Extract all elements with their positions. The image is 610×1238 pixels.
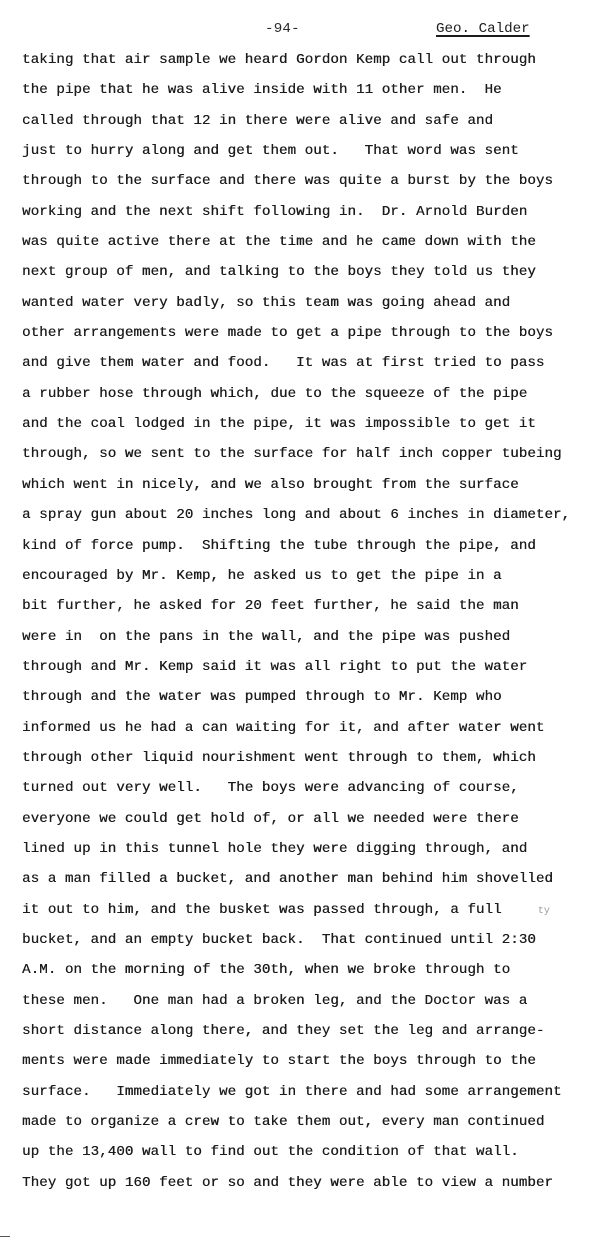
text-line: just to hurry along and get them out. Th… (22, 141, 610, 171)
text-line: encouraged by Mr. Kemp, he asked us to g… (22, 566, 610, 596)
text-line: and the coal lodged in the pipe, it was … (22, 414, 610, 444)
text-line: these men. One man had a broken leg, and… (22, 991, 610, 1021)
text-line: a rubber hose through which, due to the … (22, 384, 610, 414)
text-line: wanted water very badly, so this team wa… (22, 293, 610, 323)
scan-edge-mark (0, 1236, 10, 1237)
text-line: through and Mr. Kemp said it was all rig… (22, 657, 610, 687)
transcript-body: taking that air sample we heard Gordon K… (22, 50, 610, 1203)
text-line: short distance along there, and they set… (22, 1021, 610, 1051)
witness-name: Geo. Calder (436, 21, 530, 37)
text-line: through, so we sent to the surface for h… (22, 444, 610, 474)
text-line: working and the next shift following in.… (22, 202, 610, 232)
text-line: kind of force pump. Shifting the tube th… (22, 536, 610, 566)
text-line: bit further, he asked for 20 feet furthe… (22, 596, 610, 626)
text-line: it out to him, and the busket was passed… (22, 900, 610, 930)
text-line: They got up 160 feet or so and they were… (22, 1173, 610, 1203)
stray-ink-mark: ty (502, 906, 550, 917)
text-line: made to organize a crew to take them out… (22, 1112, 610, 1142)
text-line: which went in nicely, and we also brough… (22, 475, 610, 505)
text-line: through other liquid nourishment went th… (22, 748, 610, 778)
text-line: everyone we could get hold of, or all we… (22, 809, 610, 839)
text-line: ments were made immediately to start the… (22, 1051, 610, 1081)
page-header: -94- Geo. Calder (0, 18, 610, 40)
text-line: and give them water and food. It was at … (22, 353, 610, 383)
text-line: taking that air sample we heard Gordon K… (22, 50, 610, 80)
text-line: turned out very well. The boys were adva… (22, 778, 610, 808)
text-line: next group of men, and talking to the bo… (22, 262, 610, 292)
text-line: through to the surface and there was qui… (22, 171, 610, 201)
text-line: other arrangements were made to get a pi… (22, 323, 610, 353)
page-number: -94- (265, 21, 300, 37)
text-line: bucket, and an empty bucket back. That c… (22, 930, 610, 960)
text-line: A.M. on the morning of the 30th, when we… (22, 960, 610, 990)
text-line: a spray gun about 20 inches long and abo… (22, 505, 610, 535)
text-line: was quite active there at the time and h… (22, 232, 610, 262)
text-line: lined up in this tunnel hole they were d… (22, 839, 610, 869)
text-line: surface. Immediately we got in there and… (22, 1082, 610, 1112)
text-line: called through that 12 in there were ali… (22, 111, 610, 141)
text-line: as a man filled a bucket, and another ma… (22, 869, 610, 899)
text-line: the pipe that he was alive inside with 1… (22, 80, 610, 110)
text-line: through and the water was pumped through… (22, 687, 610, 717)
text-line: were in on the pans in the wall, and the… (22, 627, 610, 657)
text-line: up the 13,400 wall to find out the condi… (22, 1142, 610, 1172)
document-page: -94- Geo. Calder taking that air sample … (0, 0, 610, 1238)
text-line: informed us he had a can waiting for it,… (22, 718, 610, 748)
